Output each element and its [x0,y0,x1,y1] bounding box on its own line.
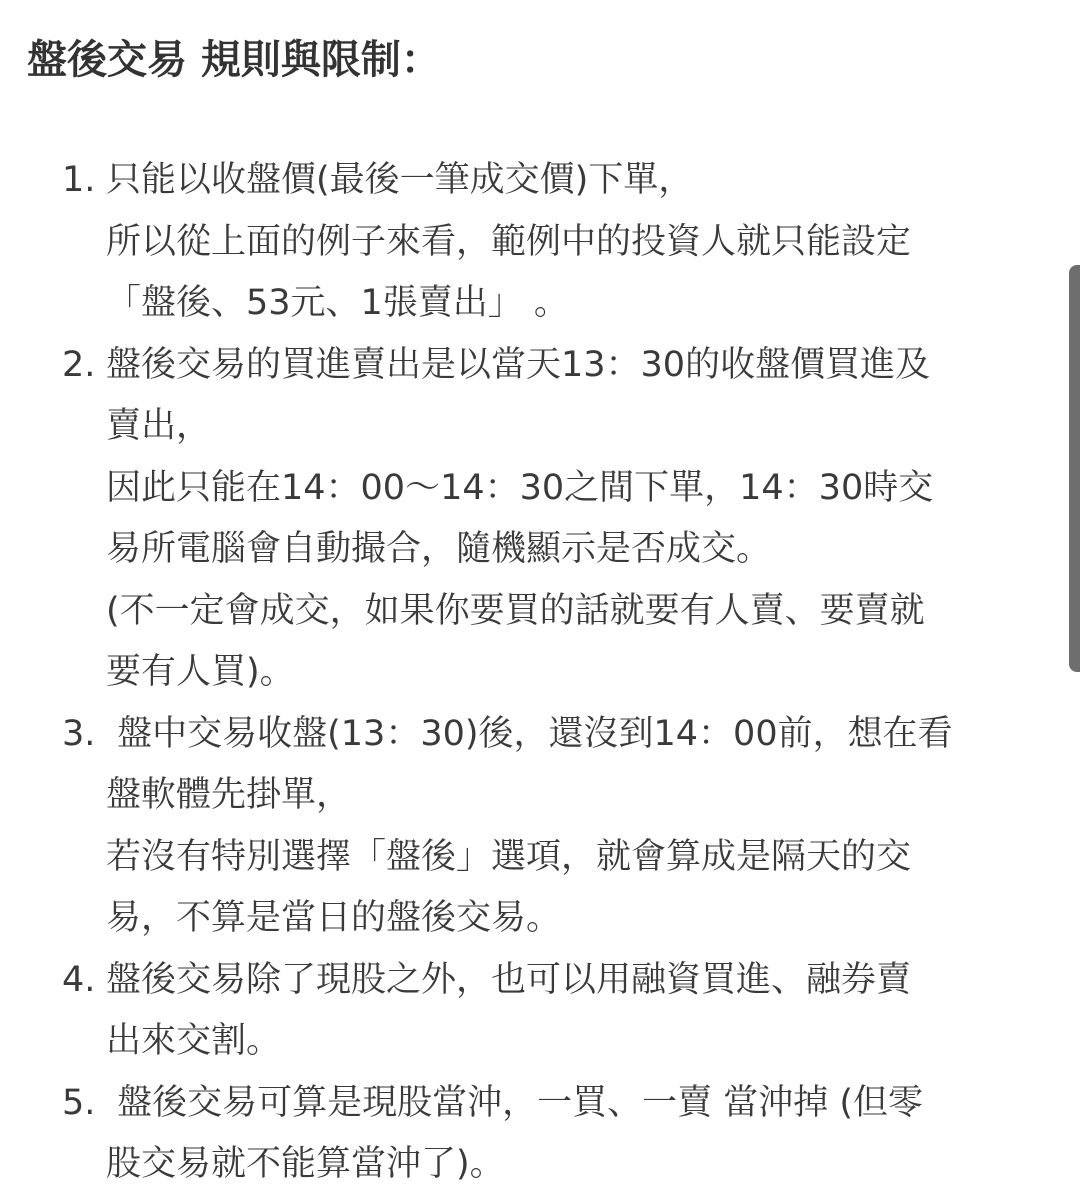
rule-text: 盤後交易除了現股之外，也可以用融資買進、融券賣 [106,960,911,1000]
rule-line: 4.盤後交易除了現股之外，也可以用融資買進、融券賣 [62,950,1052,1012]
rule-number: 5. [62,1073,106,1135]
rule-line: 出來交割。 [62,1011,1052,1073]
rule-line: 若沒有特別選擇「盤後」選項，就會算成是隔天的交 [62,827,1052,889]
rule-text: 盤中交易收盤(13：30)後，還沒到14：00前，想在看 [106,714,953,754]
rule-line: 1.只能以收盤價(最後一筆成交價)下單， [62,150,1052,212]
rule-number: 3. [62,704,106,766]
rule-number: 4. [62,950,106,1012]
rule-line: (不一定會成交，如果你要買的話就要有人賣、要賣就 [62,581,1052,643]
rule-number: 2. [62,335,106,397]
rule-line: 因此只能在14：00～14：30之間下單，14：30時交 [62,458,1052,520]
rule-item-5: 5. 盤後交易可算是現股當沖，一買、一賣 當沖掉 (但零 股交易就不能算當沖了)… [62,1073,1052,1195]
rule-line: 賣出， [62,396,1052,458]
rule-item-3: 3. 盤中交易收盤(13：30)後，還沒到14：00前，想在看 盤軟體先掛單， … [62,704,1052,950]
page-title: 盤後交易 規則與限制： [27,30,441,90]
scrollbar-thumb[interactable] [1069,265,1080,672]
rule-line: 2.盤後交易的買進賣出是以當天13：30的收盤價買進及 [62,335,1052,397]
rule-line: 「盤後、53元、1張賣出」 。 [62,273,1052,335]
rule-line: 要有人買)。 [62,642,1052,704]
rule-line: 所以從上面的例子來看，範例中的投資人就只能設定 [62,212,1052,274]
rule-item-1: 1.只能以收盤價(最後一筆成交價)下單， 所以從上面的例子來看，範例中的投資人就… [62,150,1052,335]
rule-line: 易，不算是當日的盤後交易。 [62,888,1052,950]
rule-number: 1. [62,150,106,212]
rule-item-4: 4.盤後交易除了現股之外，也可以用融資買進、融券賣 出來交割。 [62,950,1052,1073]
rules-list: 1.只能以收盤價(最後一筆成交價)下單， 所以從上面的例子來看，範例中的投資人就… [62,150,1052,1195]
rule-line: 3. 盤中交易收盤(13：30)後，還沒到14：00前，想在看 [62,704,1052,766]
rule-text: 盤後交易可算是現股當沖，一買、一賣 當沖掉 (但零 [106,1083,923,1123]
rule-item-2: 2.盤後交易的買進賣出是以當天13：30的收盤價買進及 賣出， 因此只能在14：… [62,335,1052,704]
rule-line: 股交易就不能算當沖了)。 [62,1134,1052,1195]
rule-line: 易所電腦會自動撮合，隨機顯示是否成交。 [62,519,1052,581]
rule-text: 盤後交易的買進賣出是以當天13：30的收盤價買進及 [106,345,930,385]
rule-line: 5. 盤後交易可算是現股當沖，一買、一賣 當沖掉 (但零 [62,1073,1052,1135]
rule-line: 盤軟體先掛單， [62,765,1052,827]
rule-text: 只能以收盤價(最後一筆成交價)下單， [106,160,693,200]
